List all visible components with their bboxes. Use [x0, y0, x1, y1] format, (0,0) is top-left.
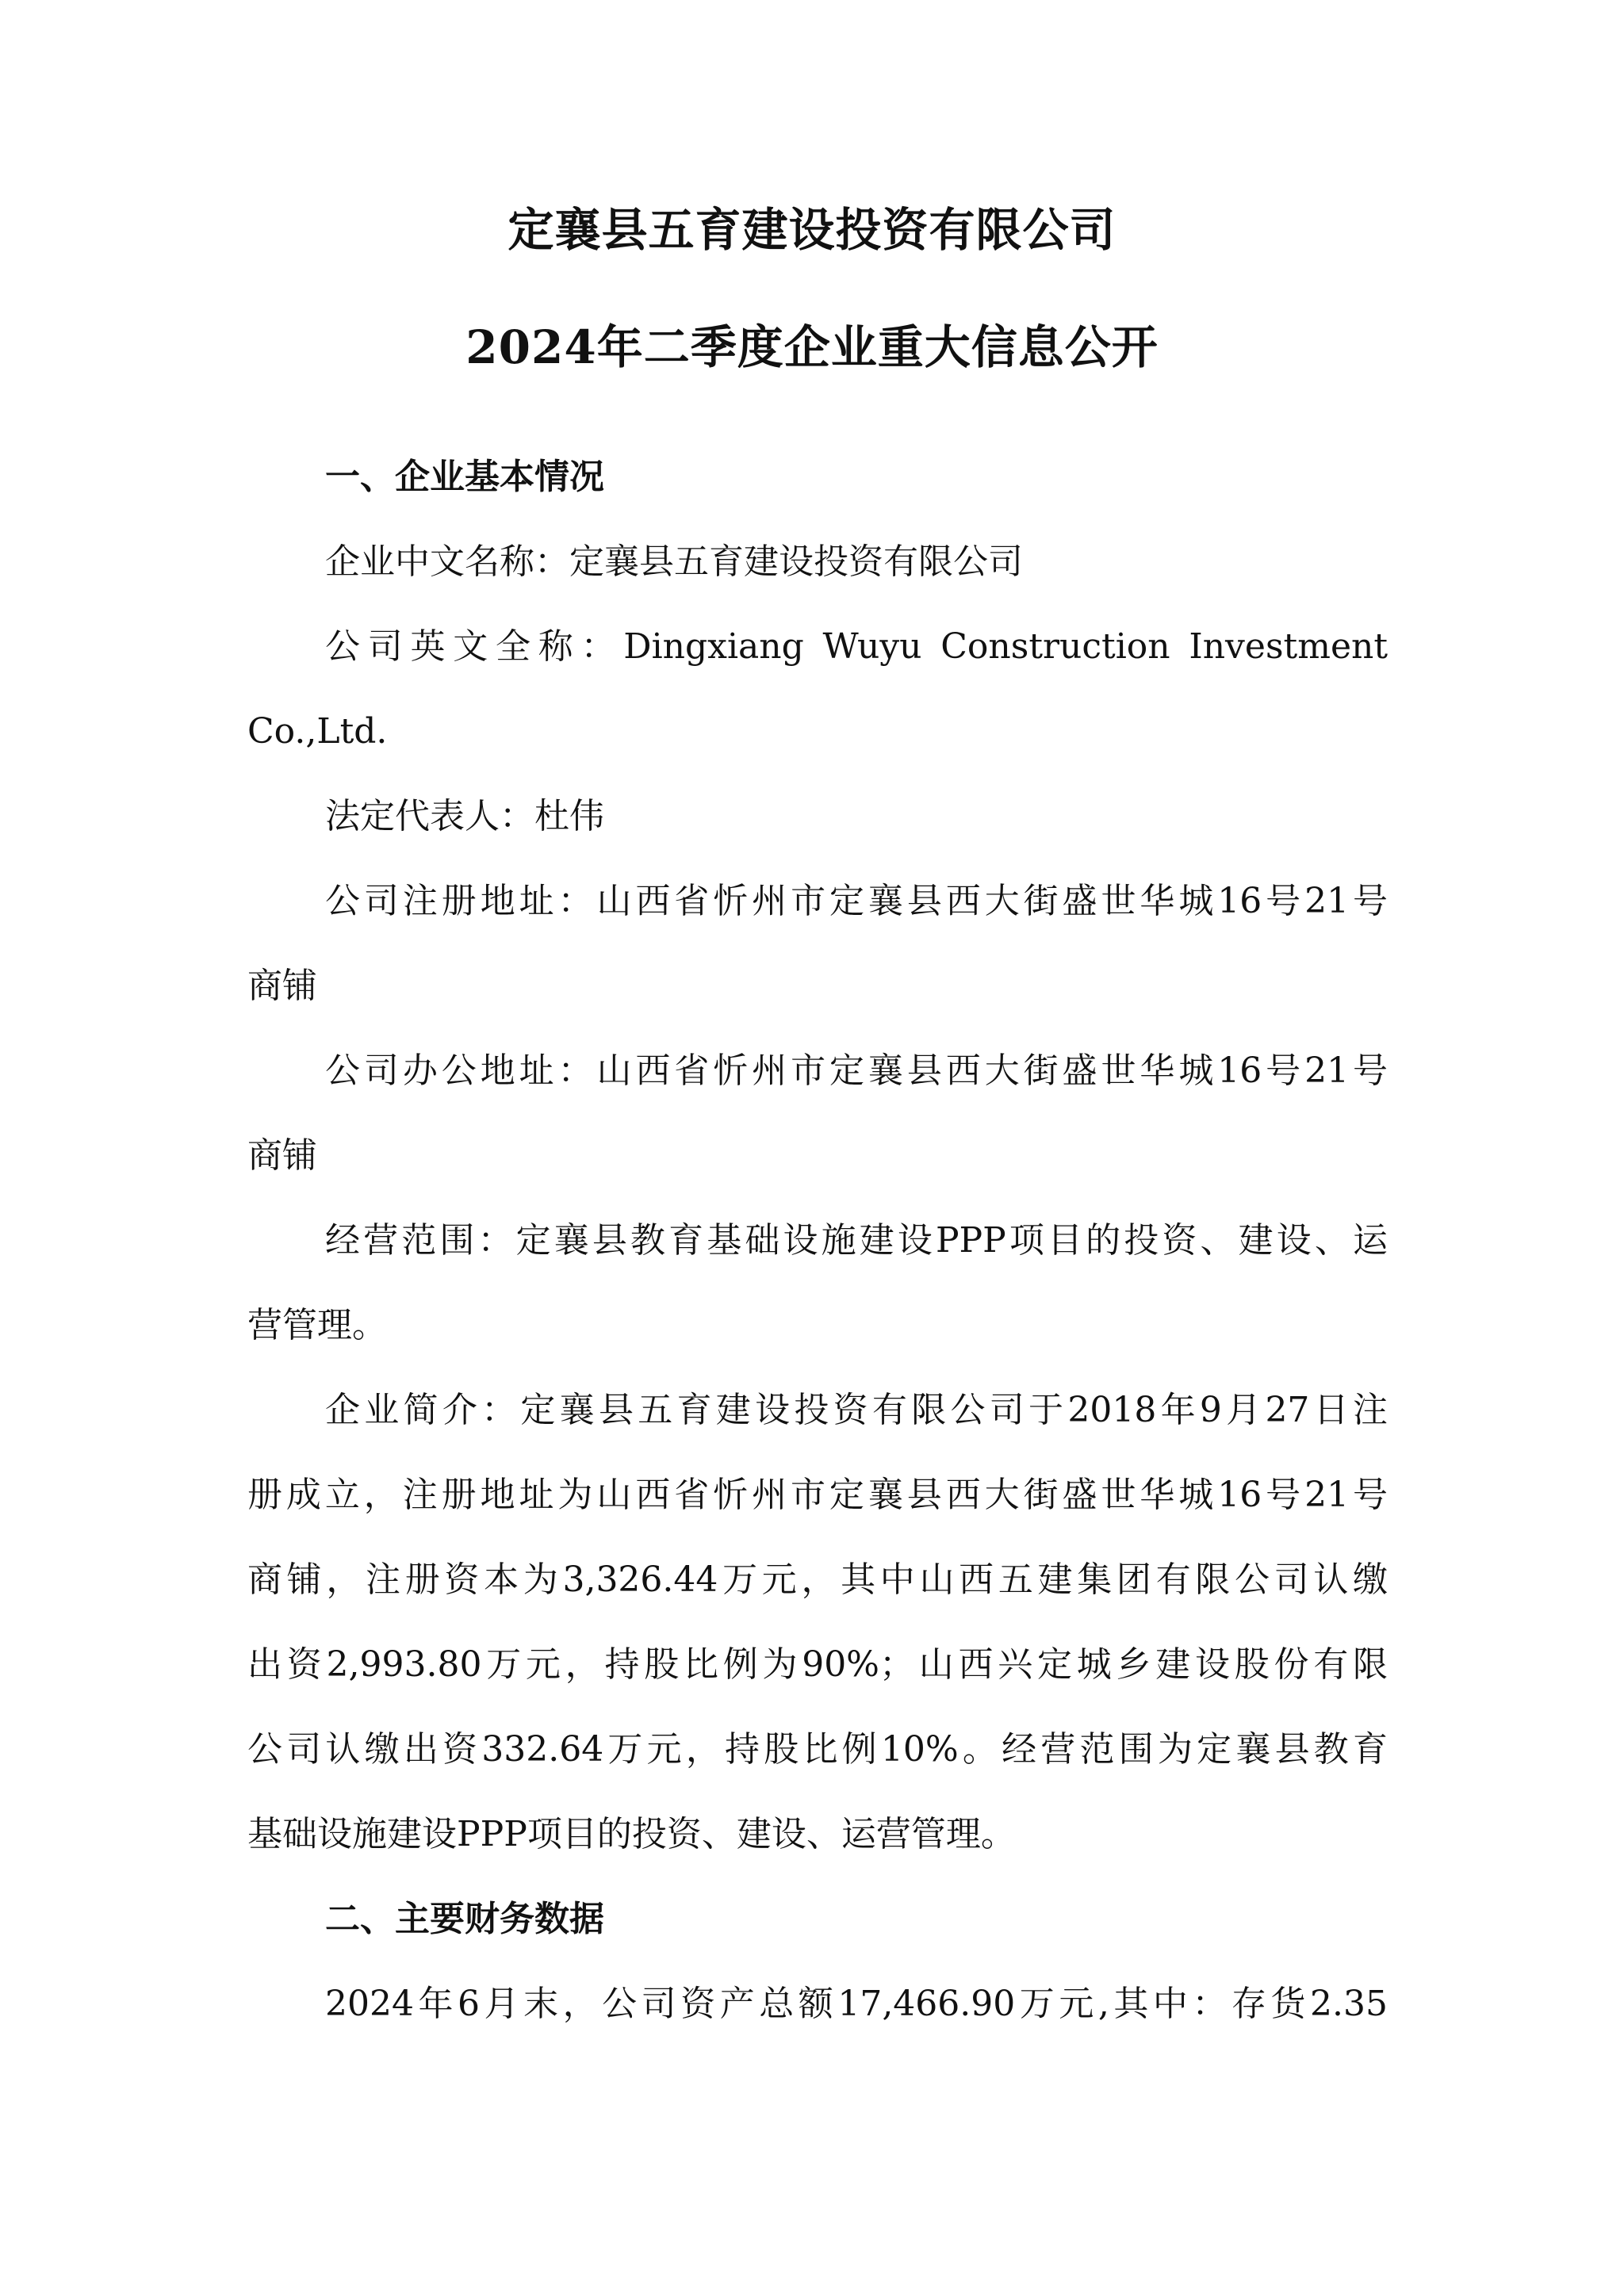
financial-data-line: 2024年6月末，公司资产总额17,466.90万元,其中：存货2.35 [247, 1961, 1388, 2046]
company-english-name: 公司英文全称：Dingxiang Wuyu Construction Inves… [247, 604, 1388, 689]
company-profile-line: 公司认缴出资332.64万元，持股比例10%。经营范围为定襄县教育 [247, 1707, 1388, 1792]
business-scope-cont: 营管理。 [247, 1283, 1388, 1368]
company-profile-line: 基础设施建设PPP项目的投资、建设、运营管理。 [247, 1792, 1388, 1877]
section-heading-basic-info: 一、企业基本情况 [247, 434, 1388, 519]
company-profile-line: 册成立，注册地址为山西省忻州市定襄县西大街盛世华城16号21号 [247, 1452, 1388, 1537]
section-heading-financial-data: 二、主要财务数据 [247, 1877, 1388, 1961]
company-profile-line: 商铺，注册资本为3,326.44万元，其中山西五建集团有限公司认缴 [247, 1537, 1388, 1622]
office-address: 公司办公地址：山西省忻州市定襄县西大街盛世华城16号21号 [247, 1028, 1388, 1113]
document-title-report: 2024年二季度企业重大信息公开 [0, 316, 1624, 379]
business-scope: 经营范围：定襄县教育基础设施建设PPP项目的投资、建设、运 [247, 1198, 1388, 1283]
registered-address: 公司注册地址：山西省忻州市定襄县西大街盛世华城16号21号 [247, 859, 1388, 943]
company-chinese-name: 企业中文名称：定襄县五育建设投资有限公司 [247, 519, 1388, 604]
document-page: 定襄县五育建设投资有限公司 2024年二季度企业重大信息公开 一、企业基本情况 … [0, 0, 1624, 2296]
office-address-cont: 商铺 [247, 1113, 1388, 1198]
registered-address-cont: 商铺 [247, 943, 1388, 1028]
company-profile-line: 出资2,993.80万元，持股比例为90%；山西兴定城乡建设股份有限 [247, 1622, 1388, 1707]
document-body: 一、企业基本情况 企业中文名称：定襄县五育建设投资有限公司 公司英文全称：Din… [247, 434, 1388, 2046]
company-profile-line: 企业简介：定襄县五育建设投资有限公司于2018年9月27日注 [247, 1368, 1388, 1452]
company-english-name-cont: Co.,Ltd. [247, 689, 1388, 774]
legal-representative: 法定代表人：杜伟 [247, 774, 1388, 859]
document-title-company: 定襄县五育建设投资有限公司 [0, 198, 1624, 262]
